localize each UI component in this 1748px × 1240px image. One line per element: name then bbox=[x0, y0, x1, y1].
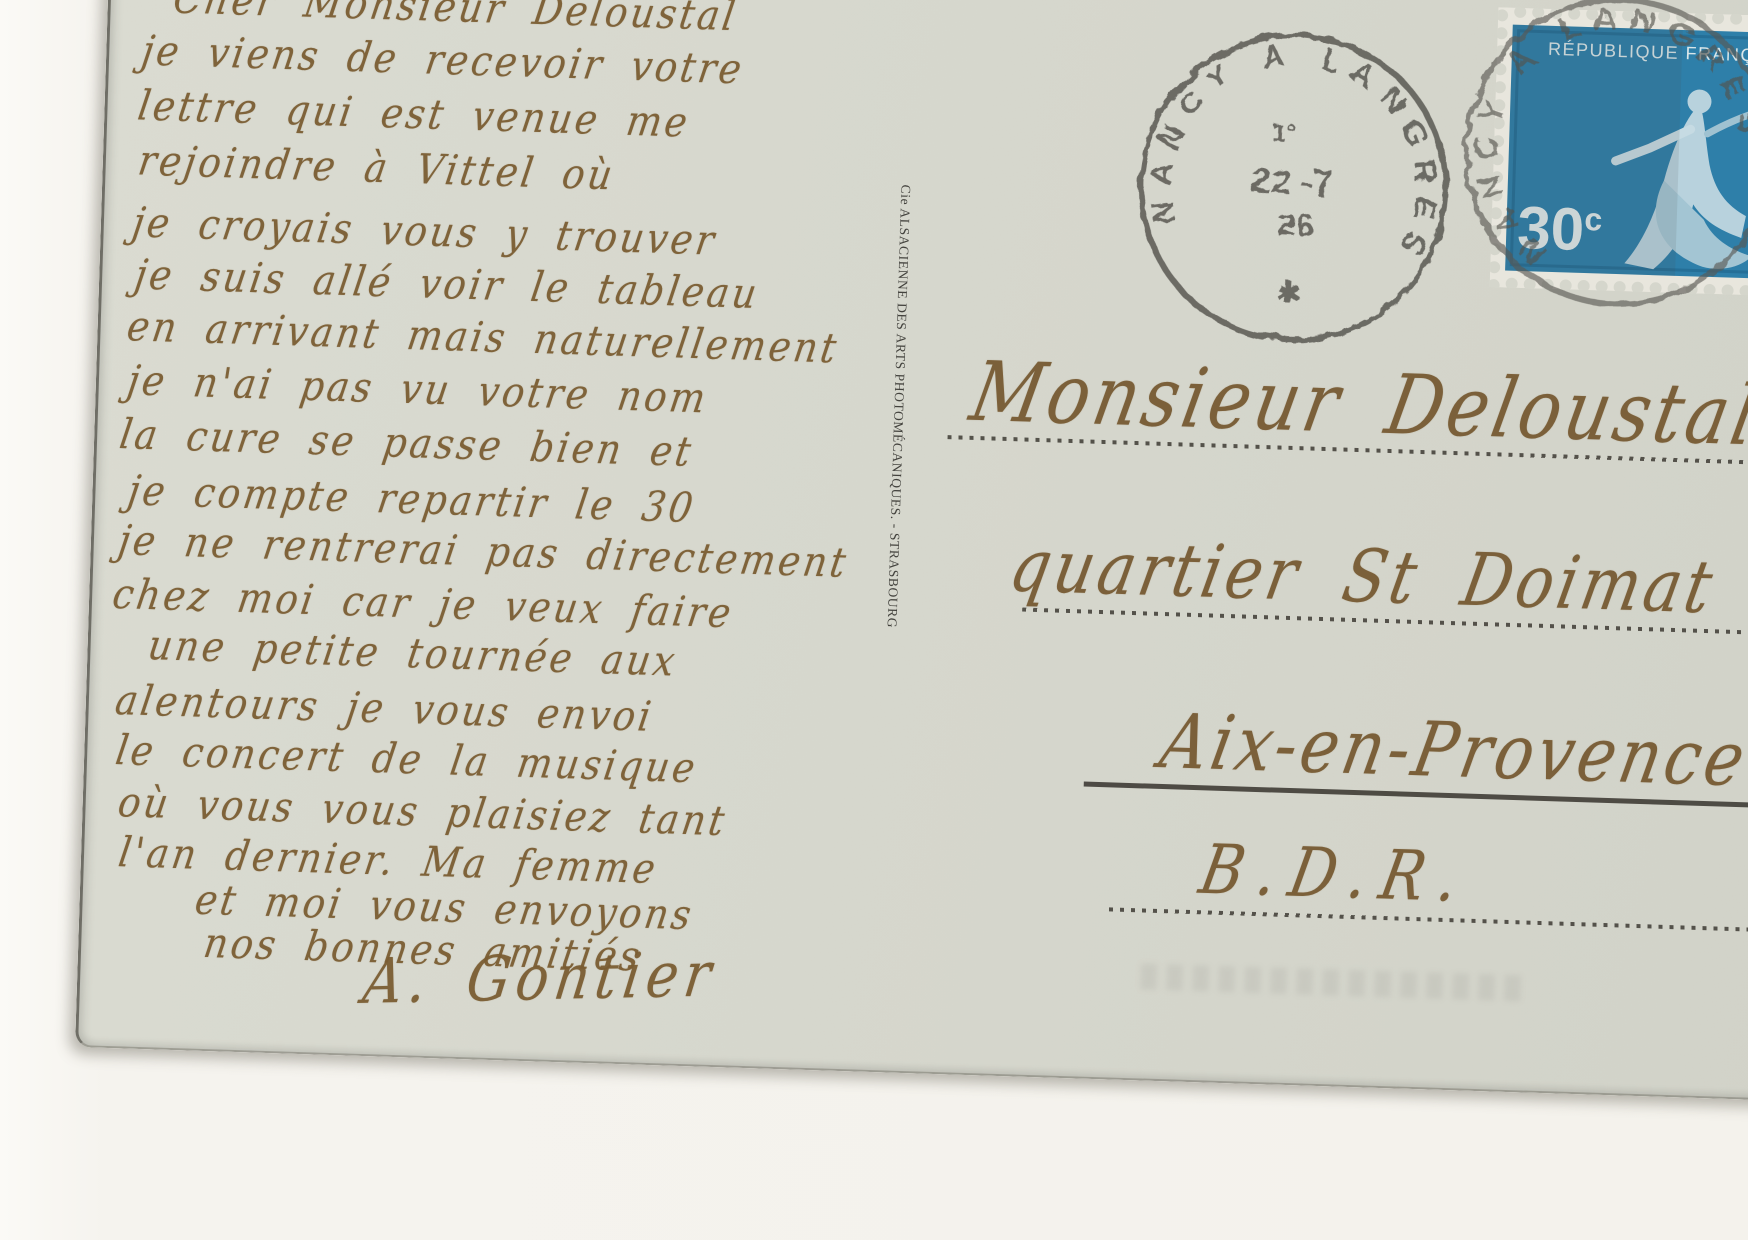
publisher-imprint: Cie ALSACIENNE DES ARTS PHOTOMÉCANIQUES.… bbox=[874, 184, 913, 924]
message-line: lettre qui est venue me bbox=[135, 81, 694, 146]
offset-ink-ghost bbox=[1140, 963, 1521, 1001]
postmark-year: 26 bbox=[1277, 206, 1314, 244]
postmark-datestamp: NANCY A LANGRES 1° 22 -7 26 ✱ bbox=[1097, 0, 1490, 384]
postmark-date-block: 1° 22 -7 26 ✱ bbox=[1245, 118, 1336, 313]
scanner-background: Cher Monsieur Deloustal je viens de rece… bbox=[0, 0, 1748, 1240]
signature: A. Gontier bbox=[359, 938, 721, 1018]
postmark-index: 1° bbox=[1272, 119, 1297, 148]
address-city: Aix-en-Provence bbox=[1154, 699, 1748, 804]
message-line: rejoindre à Vittel où bbox=[135, 137, 618, 200]
postmark-date: 22 -7 bbox=[1250, 159, 1334, 204]
postmark-star: ✱ bbox=[1275, 277, 1302, 311]
address-department: B.D.R. bbox=[1194, 829, 1479, 917]
postcard-back: Cher Monsieur Deloustal je viens de rece… bbox=[75, 0, 1748, 1104]
message-line: la cure se passe bien et bbox=[117, 410, 697, 476]
